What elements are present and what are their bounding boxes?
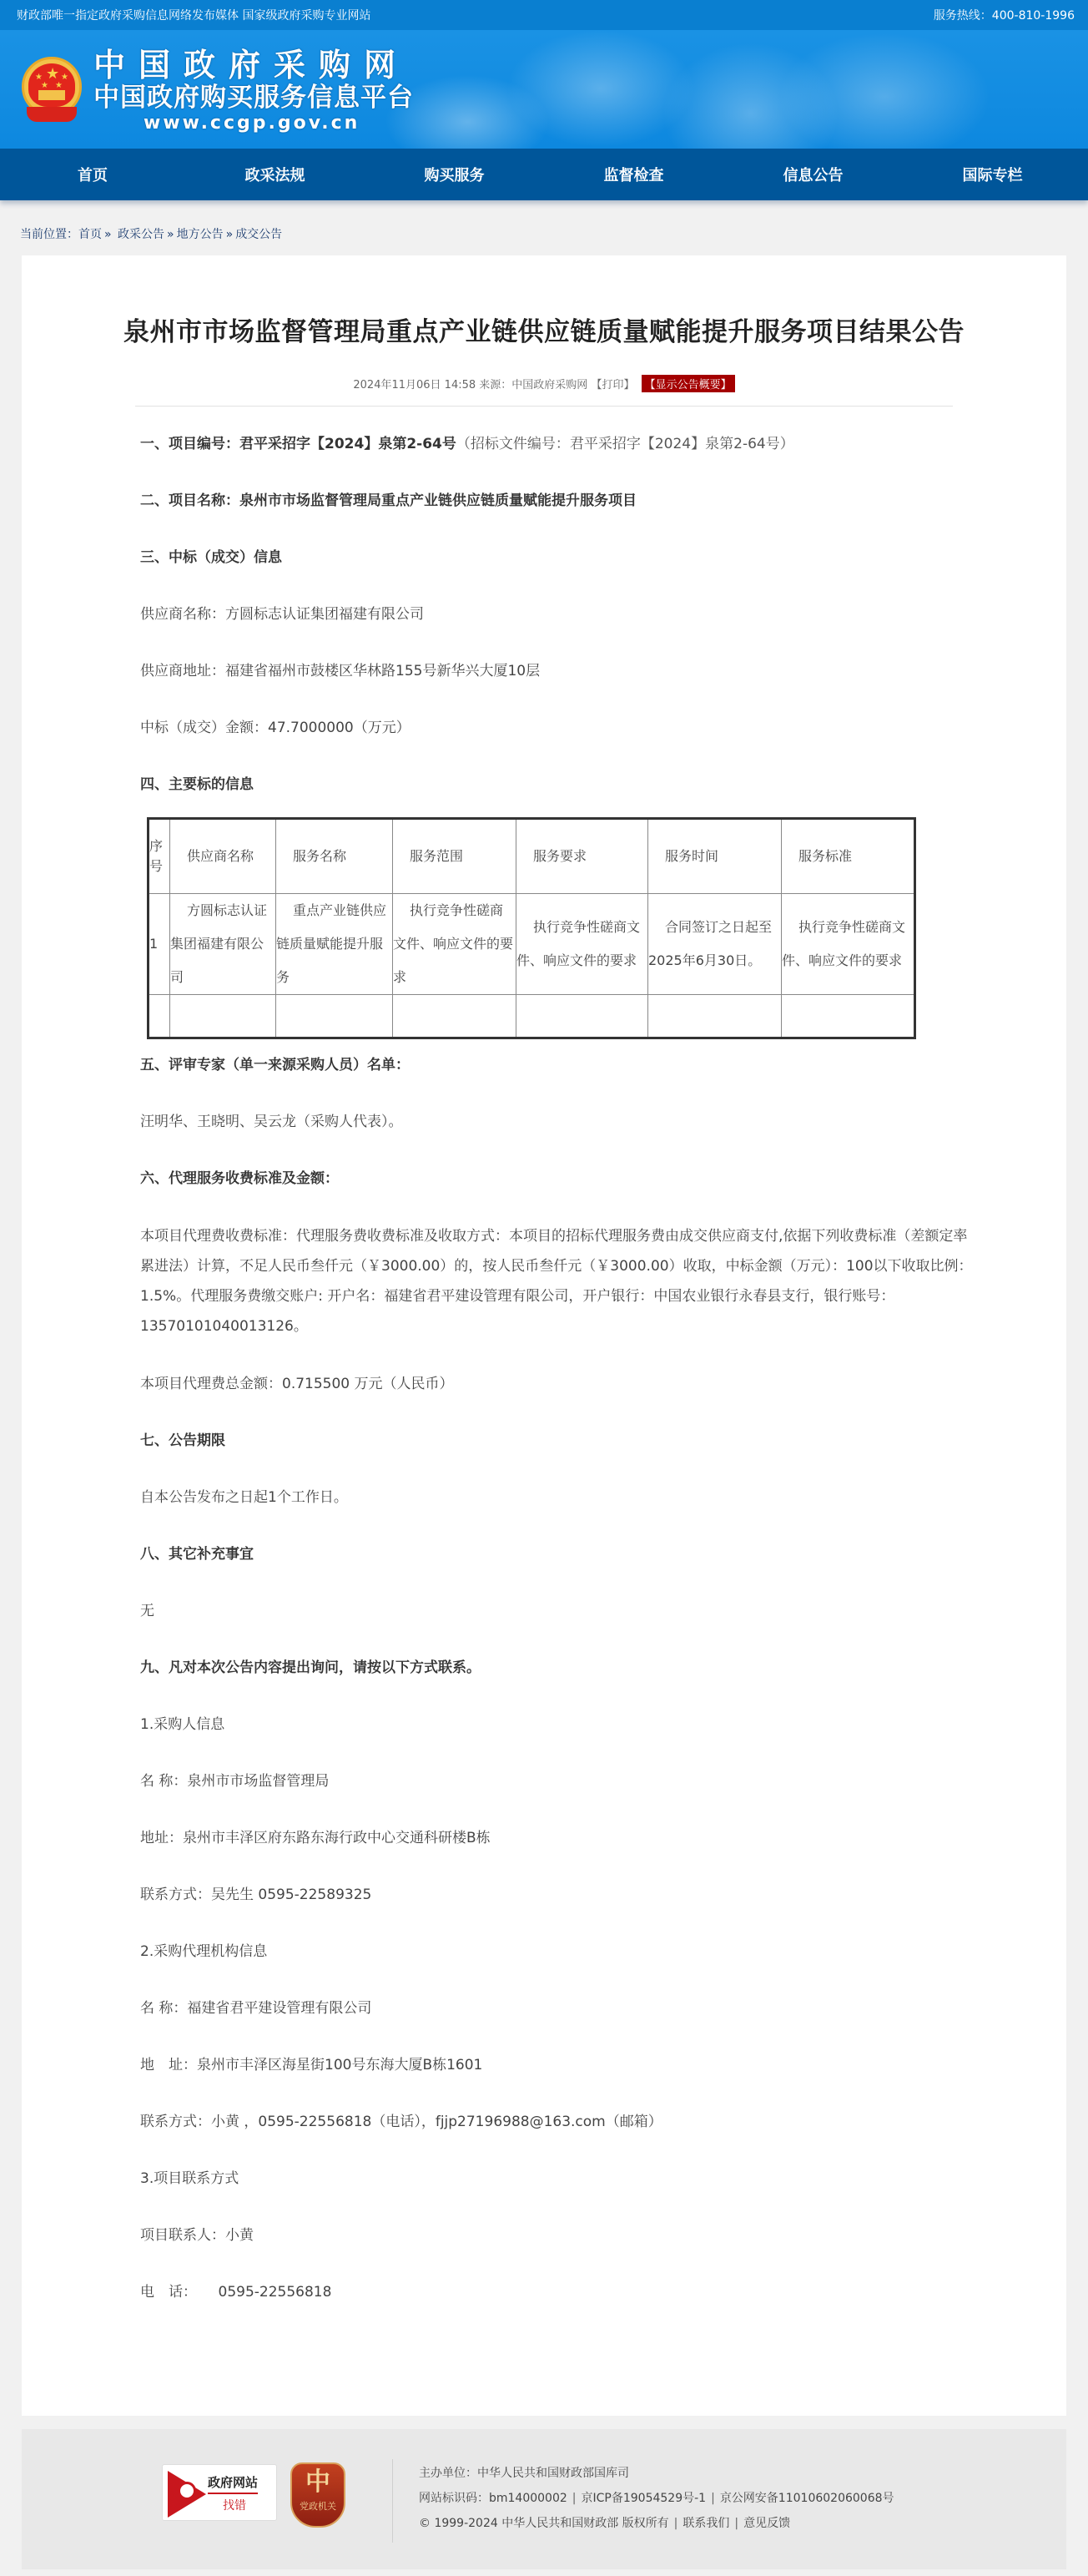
table-cell xyxy=(782,995,915,1038)
footer-divider xyxy=(392,2459,393,2543)
table-cell: 合同签订之日起至2025年6月30日。 xyxy=(648,894,782,995)
feedback-link[interactable]: 意见反馈 xyxy=(743,2517,790,2530)
section-3-heading: 三、中标（成交）信息 xyxy=(140,543,939,572)
agency-fee-standard: 本项目代理费收费标准：代理服务费收费标准及收取方式：本项目的招标代理服务费由成交… xyxy=(140,1221,975,1341)
nav-item-home[interactable]: 首页 xyxy=(0,164,185,185)
table-cell xyxy=(276,995,393,1038)
nav-item-international[interactable]: 国际专栏 xyxy=(903,164,1082,185)
gov-site-error-report-badge[interactable]: 政府网站 找错 xyxy=(162,2464,277,2521)
page-title: 泉州市市场监督管理局重点产业链供应链质量赋能提升服务项目结果公告 xyxy=(22,311,1066,348)
purchaser-address: 地址：泉州市丰泽区府东路东海行政中心交通科研楼B栋 xyxy=(140,1824,939,1852)
table-header-row: 序号 供应商名称 服务名称 服务范围 服务要求 服务时间 服务标准 xyxy=(149,819,915,894)
supplementary-matters: 无 xyxy=(140,1597,939,1625)
footer-info: 主办单位：中华人民共和国财政部国库司 网站标识码：bm14000002|京ICP… xyxy=(419,2461,894,2536)
purchaser-contact: 联系方式：吴先生 0595-22589325 xyxy=(140,1881,939,1909)
project-contact-phone: 电 话： 0595-22556818 xyxy=(140,2278,939,2306)
purchaser-info-title: 1.采购人信息 xyxy=(140,1710,939,1739)
subject-matter-table: 序号 供应商名称 服务名称 服务范围 服务要求 服务时间 服务标准 1 方圆标志… xyxy=(147,817,916,1039)
logo-title: 中国政府采购网 xyxy=(93,47,414,83)
section-5-heading: 五、评审专家（单一来源采购人员）名单： xyxy=(140,1051,939,1079)
icp-link[interactable]: 京ICP备19054529号-1 xyxy=(582,2492,707,2505)
breadcrumb-separator: » xyxy=(104,228,112,241)
title-divider xyxy=(135,406,953,407)
expert-list: 汪明华、王晓明、吴云龙（采购人代表）。 xyxy=(140,1108,939,1136)
breadcrumb-procurement-notices[interactable]: 政采公告 xyxy=(118,228,164,241)
table-header-cell: 序号 xyxy=(149,819,170,894)
badge-find-title: 政府网站 xyxy=(208,2473,258,2494)
tender-doc-number: （招标文件编号：君平采招字【2024】泉第2-64号） xyxy=(456,436,794,452)
section-4-heading: 四、主要标的信息 xyxy=(140,770,939,799)
breadcrumb-home[interactable]: 首页 xyxy=(78,228,102,241)
nav-item-supervision[interactable]: 监督检查 xyxy=(544,164,723,185)
nav-item-announcements[interactable]: 信息公告 xyxy=(723,164,903,185)
magnifier-icon xyxy=(178,2482,196,2500)
project-number: 一、项目编号：君平采招字【2024】泉第2-64号 xyxy=(140,436,456,452)
project-contact-title: 3.项目联系方式 xyxy=(140,2164,939,2193)
section-8-heading: 八、其它补充事宜 xyxy=(140,1540,939,1568)
table-header-cell: 服务名称 xyxy=(276,819,393,894)
table-header-cell: 服务时间 xyxy=(648,819,782,894)
service-hotline: 服务热线：400-810-1996 xyxy=(934,7,1075,23)
site-footer: 政府网站 找错 中 党政机关 主办单位：中华人民共和国财政部国库司 网站标识码：… xyxy=(22,2429,1066,2569)
breadcrumb-separator: » xyxy=(226,228,234,241)
project-contact-person: 项目联系人：小黄 xyxy=(140,2221,939,2250)
article-meta: 2024年11月06日 14:58 来源：中国政府采购网 【打印】 【显示公告概… xyxy=(22,375,1066,392)
table-cell: 执行竞争性磋商文件、响应文件的要求 xyxy=(782,894,915,995)
table-cell xyxy=(393,995,516,1038)
breadcrumb-separator: » xyxy=(167,228,174,241)
table-cell: 1 xyxy=(149,894,170,995)
logo-domain: www.ccgp.gov.cn xyxy=(93,112,414,135)
section-7-heading: 七、公告期限 xyxy=(140,1427,939,1455)
agency-contact: 联系方式：小黄 ，0595-22556818（电话），fjjp27196988@… xyxy=(140,2108,939,2136)
table-cell xyxy=(516,995,648,1038)
supplier-name: 供应商名称：方圆标志认证集团福建有限公司 xyxy=(140,600,939,629)
site-banner: ★ ★ ★ ★ ★ 中国政府采购网 中国政府购买服务信息平台 www.ccgp.… xyxy=(0,30,1088,149)
table-cell xyxy=(648,995,782,1038)
agency-fee-total: 本项目代理费总金额：0.715500 万元（人民币） xyxy=(140,1370,939,1398)
show-summary-button[interactable]: 【显示公告概要】 xyxy=(642,375,735,392)
table-cell: 执行竞争性磋商文件、响应文件的要求 xyxy=(516,894,648,995)
breadcrumb-prefix: 当前位置： xyxy=(20,228,78,241)
publish-date: 2024年11月06日 14:58 xyxy=(353,379,476,391)
main-nav: 首页 政采法规 购买服务 监督检查 信息公告 国际专栏 xyxy=(0,149,1088,200)
source-label: 来源： xyxy=(479,379,511,391)
logo-subtitle: 中国政府购买服务信息平台 xyxy=(93,83,414,112)
nav-item-purchase-services[interactable]: 购买服务 xyxy=(365,164,544,185)
purchaser-name: 名 称：泉州市市场监督管理局 xyxy=(140,1767,939,1796)
article-body: 一、项目编号：君平采招字【2024】泉第2-64号（招标文件编号：君平采招字【2… xyxy=(22,430,939,2306)
footer-separator: | xyxy=(734,2517,738,2530)
table-header-cell: 供应商名称 xyxy=(170,819,276,894)
footer-copyright-row: © 1999-2024 中华人民共和国财政部 版权所有|联系我们|意见反馈 xyxy=(419,2511,894,2536)
copyright: © 1999-2024 中华人民共和国财政部 版权所有 xyxy=(419,2517,669,2530)
table-header-cell: 服务标准 xyxy=(782,819,915,894)
top-strip: 财政部唯一指定政府采购信息网络发布媒体 国家级政府采购专业网站 服务热线：400… xyxy=(0,0,1088,30)
footer-registration: 网站标识码：bm14000002|京ICP备19054529号-1|京公网安备1… xyxy=(419,2486,894,2511)
footer-sponsor: 主办单位：中华人民共和国财政部国库司 xyxy=(419,2461,894,2486)
police-record-link[interactable]: 京公网安备11010602060068号 xyxy=(720,2492,894,2505)
site-tagline: 财政部唯一指定政府采购信息网络发布媒体 国家级政府采购专业网站 xyxy=(17,7,370,23)
breadcrumb: 当前位置：首页» 政采公告»地方公告»成交公告 xyxy=(0,200,1088,255)
breadcrumb-local-notices[interactable]: 地方公告 xyxy=(177,228,224,241)
table-cell: 方圆标志认证集团福建有限公司 xyxy=(170,894,276,995)
party-emblem-icon: 中 xyxy=(292,2464,344,2501)
national-emblem-icon: ★ ★ ★ ★ ★ xyxy=(20,55,83,127)
site-logo[interactable]: ★ ★ ★ ★ ★ 中国政府采购网 中国政府购买服务信息平台 www.ccgp.… xyxy=(20,47,414,135)
table-cell: 执行竞争性磋商文件、响应文件的要求 xyxy=(393,894,516,995)
table-header-cell: 服务要求 xyxy=(516,819,648,894)
breadcrumb-deal-notices[interactable]: 成交公告 xyxy=(235,228,282,241)
section-1-heading: 一、项目编号：君平采招字【2024】泉第2-64号（招标文件编号：君平采招字【2… xyxy=(140,430,939,458)
print-link[interactable]: 【打印】 xyxy=(591,379,634,391)
award-amount: 中标（成交）金额：47.7000000（万元） xyxy=(140,714,939,742)
footer-separator: | xyxy=(572,2492,577,2505)
table-cell xyxy=(170,995,276,1038)
agency-name: 名 称：福建省君平建设管理有限公司 xyxy=(140,1994,939,2023)
table-row: 1 方圆标志认证集团福建有限公司 重点产业链供应链质量赋能提升服务 执行竞争性磋… xyxy=(149,894,915,995)
footer-separator: | xyxy=(674,2517,678,2530)
agency-info-title: 2.采购代理机构信息 xyxy=(140,1937,939,1966)
party-government-agency-badge[interactable]: 中 党政机关 xyxy=(290,2462,345,2528)
table-cell: 重点产业链供应链质量赋能提升服务 xyxy=(276,894,393,995)
nav-item-regulations[interactable]: 政采法规 xyxy=(185,164,365,185)
table-cell xyxy=(149,995,170,1038)
contact-us-link[interactable]: 联系我们 xyxy=(683,2517,729,2530)
badge-party-label: 党政机关 xyxy=(292,2501,344,2513)
article-card: 泉州市市场监督管理局重点产业链供应链质量赋能提升服务项目结果公告 2024年11… xyxy=(22,255,1066,2416)
footer-separator: | xyxy=(711,2492,715,2505)
section-9-heading: 九、凡对本次公告内容提出询问，请按以下方式联系。 xyxy=(140,1654,939,1682)
supplier-address: 供应商地址：福建省福州市鼓楼区华林路155号新华兴大厦10层 xyxy=(140,657,939,685)
source-name: 中国政府采购网 xyxy=(511,379,587,391)
section-6-heading: 六、代理服务收费标准及金额： xyxy=(140,1164,939,1193)
section-2-heading: 二、项目名称：泉州市市场监督管理局重点产业链供应链质量赋能提升服务项目 xyxy=(140,487,939,515)
table-header-cell: 服务范围 xyxy=(393,819,516,894)
agency-address: 地 址：泉州市丰泽区海星街100号东海大厦B栋1601 xyxy=(140,2051,939,2079)
badge-find-subtitle: 找错 xyxy=(223,2497,246,2513)
notice-period: 自本公告发布之日起1个工作日。 xyxy=(140,1483,939,1512)
table-row xyxy=(149,995,915,1038)
site-id: 网站标识码：bm14000002 xyxy=(419,2492,567,2505)
